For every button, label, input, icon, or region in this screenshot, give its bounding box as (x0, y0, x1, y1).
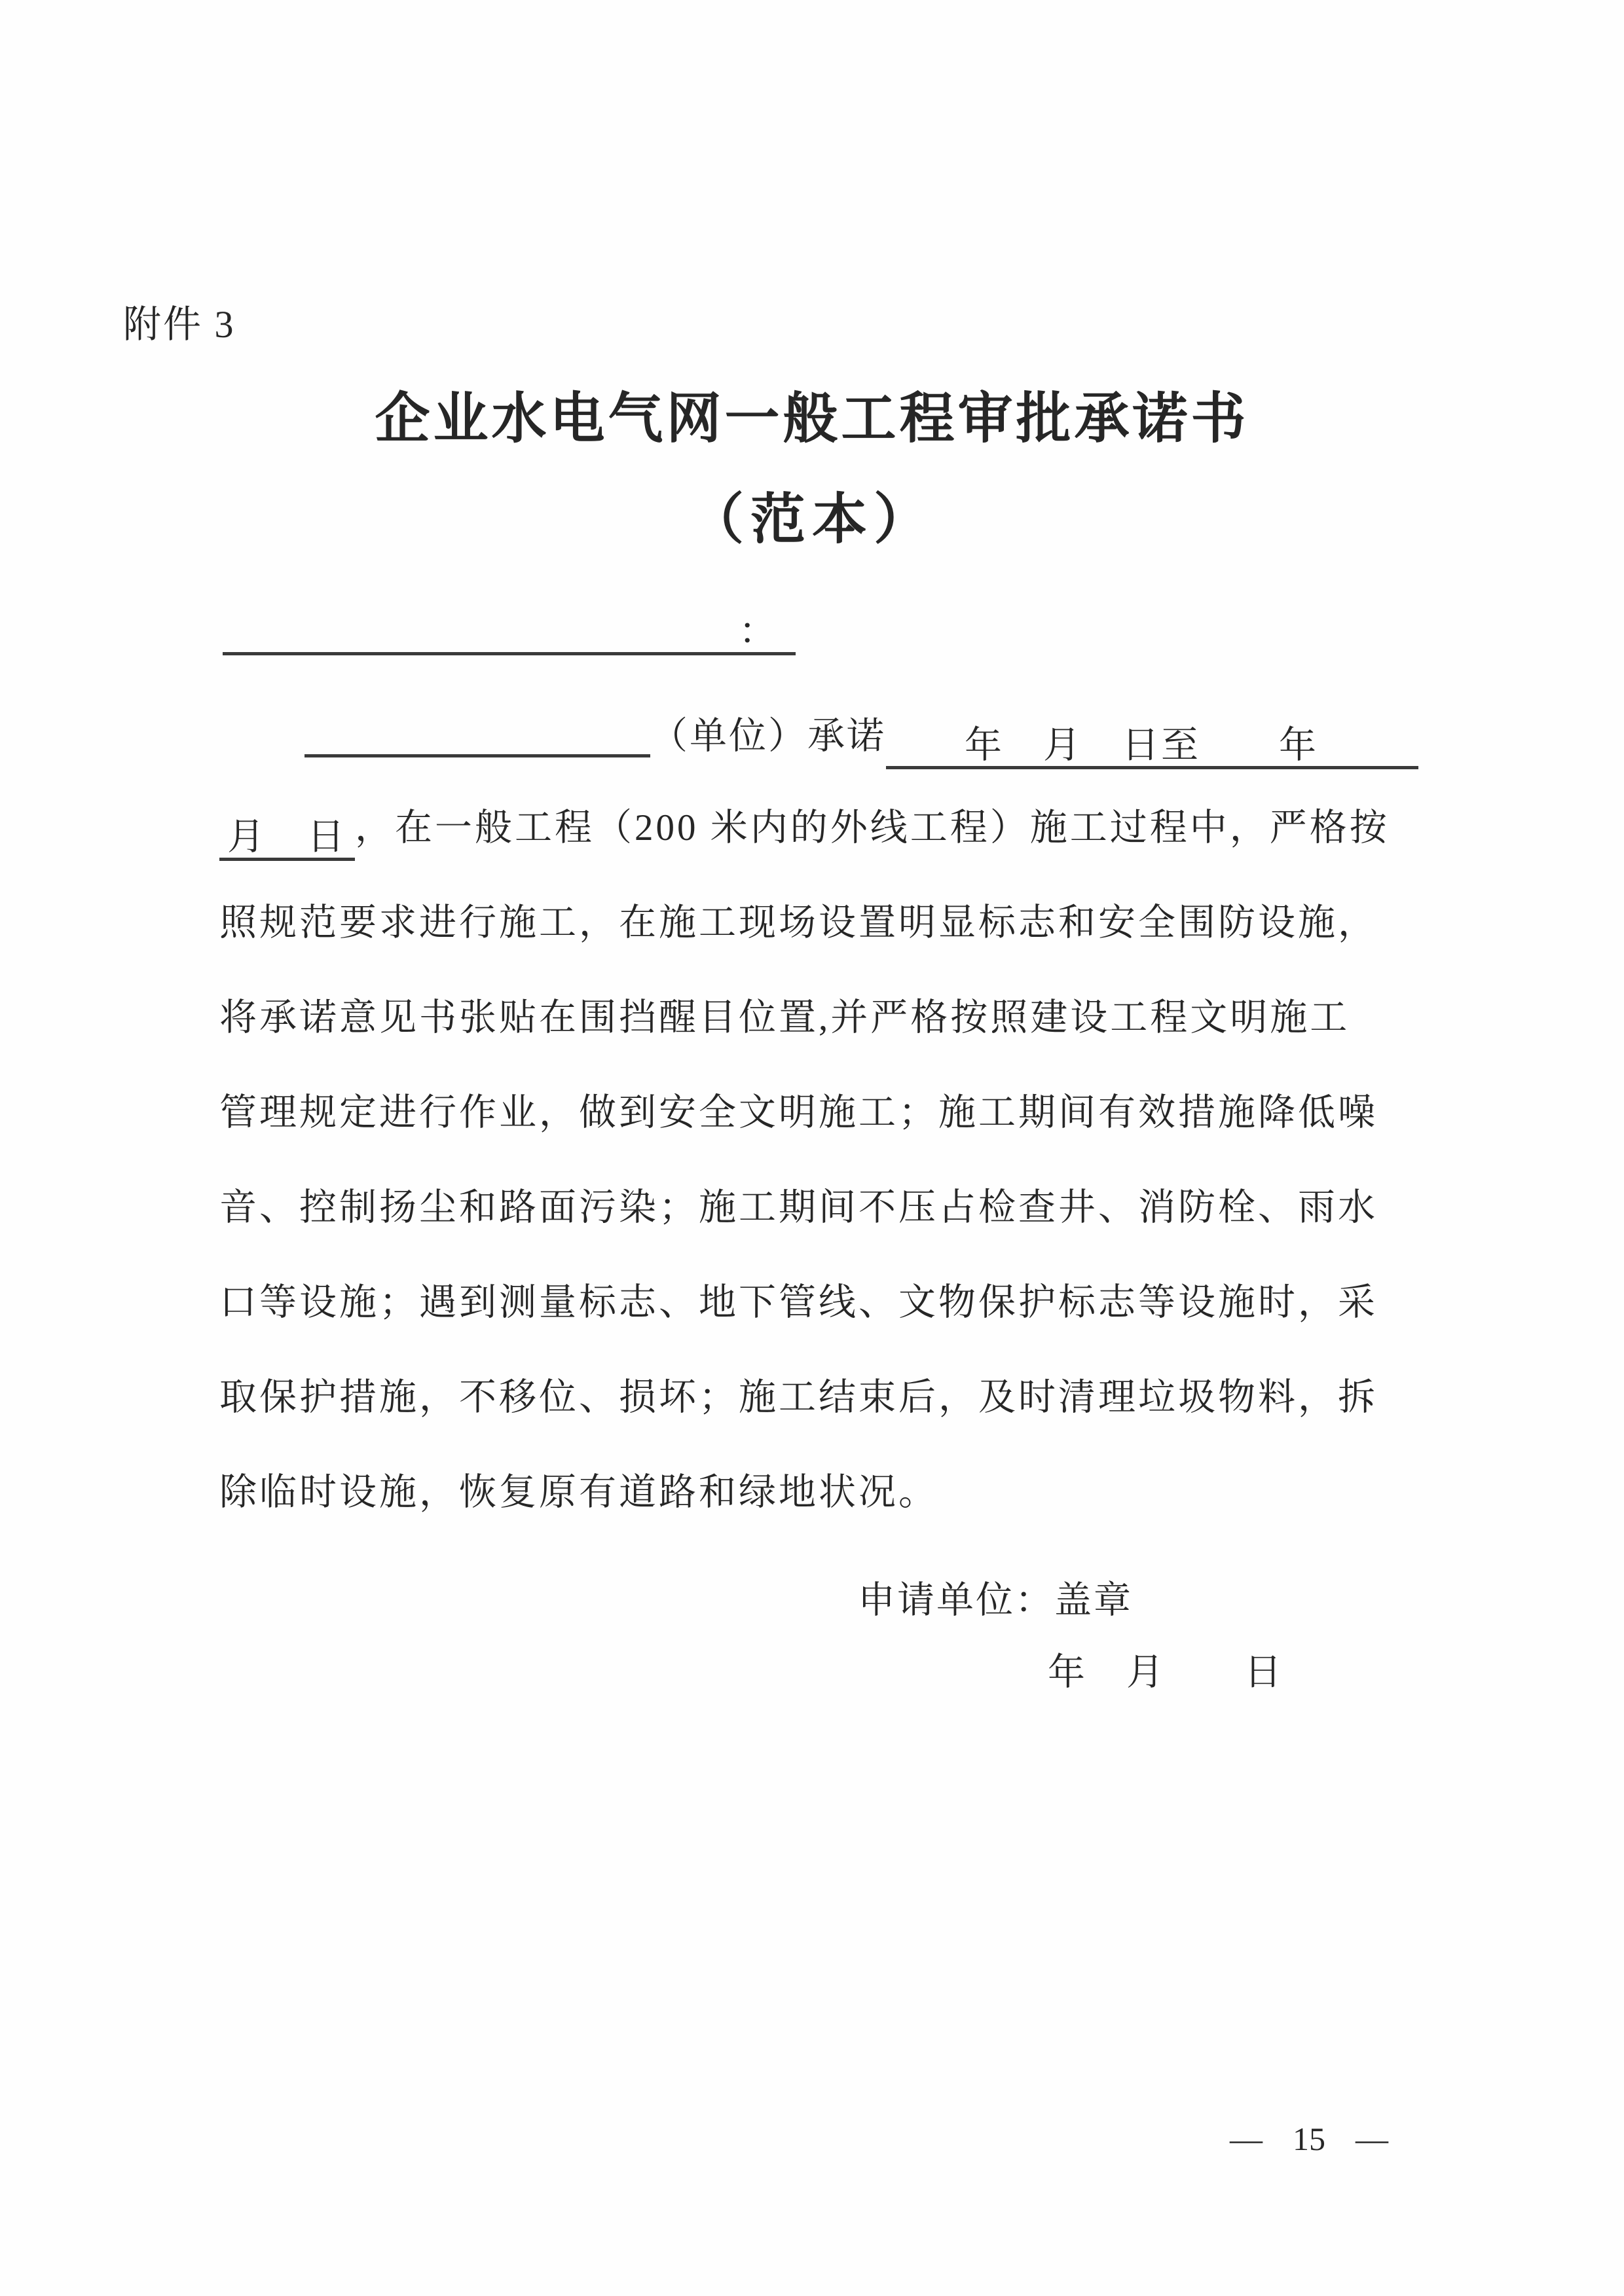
addressee-blank-underline: ： (223, 608, 796, 655)
footer-dash-left: — (1230, 2120, 1263, 2158)
document-page: 附件 3 企业水电气网一般工程审批承诺书 （范本） ： （单位）承诺 年 月 日… (0, 0, 1624, 2296)
start-date-blank-underline: 年 月 日至 年 (886, 722, 1418, 769)
attachment-label: 附件 3 (123, 293, 236, 348)
page-subtitle: （范本） (0, 475, 1624, 555)
body-paragraph: 月 日，在一般工程（200 米内的外线工程）施工过程中，严格按 照规范要求进行施… (219, 780, 1431, 1540)
unit-name-blank-underline (304, 710, 650, 757)
page-number: 15 (1293, 2120, 1325, 2158)
body-line: 照规范要求进行施工，在施工现场设置明显标志和安全围防设施， (219, 875, 1431, 970)
body-line: 音、控制扬尘和路面污染；施工期间不压占检查井、消防栓、雨水 (219, 1160, 1431, 1255)
unit-promise-label: （单位）承诺 (650, 716, 886, 757)
end-date-blank-underline: 月 日 (219, 814, 355, 861)
addressee-colon: ： (739, 611, 776, 652)
body-line: 除临时设施，恢复原有道路和绿地状况。 (219, 1445, 1431, 1540)
signature-date-line: 年 月 日 (1048, 1642, 1283, 1696)
page-title: 企业水电气网一般工程审批承诺书 (0, 374, 1624, 454)
page-number-footer: — 15 — (1230, 2120, 1388, 2158)
body-line: 取保护措施，不移位、损坏；施工结束后，及时清理垃圾物料，拆 (219, 1350, 1431, 1445)
addressee-line: ： (223, 601, 796, 655)
signature-unit-line: 申请单位：盖章 (858, 1570, 1133, 1624)
body-line: 管理规定进行作业，做到安全文明施工；施工期间有效措施降低噪 (219, 1065, 1431, 1160)
footer-dash-right: — (1356, 2120, 1388, 2158)
commitment-opening-line: （单位）承诺 年 月 日至 年 (219, 706, 1418, 769)
body-line-text: ，在一般工程（200 米内的外线工程）施工过程中，严格按 (355, 807, 1390, 848)
body-line: 月 日，在一般工程（200 米内的外线工程）施工过程中，严格按 (219, 780, 1431, 875)
body-line: 口等设施；遇到测量标志、地下管线、文物保护标志等设施时，采 (219, 1255, 1431, 1350)
body-line: 将承诺意见书张贴在围挡醒目位置,并严格按照建设工程文明施工 (219, 970, 1431, 1065)
